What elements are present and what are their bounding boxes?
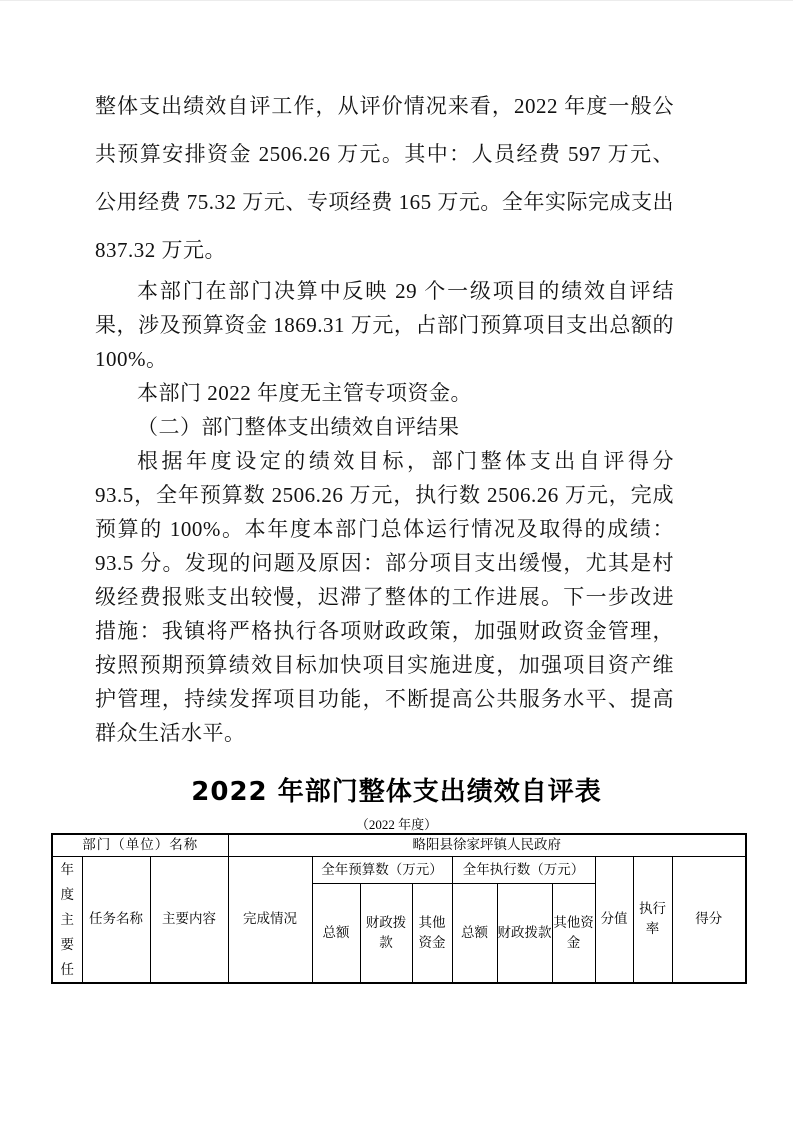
document-page: 整体支出绩效自评工作，从评价情况来看，2022 年度一般公共预算安排资金 250… [0, 0, 793, 1123]
budget-total-header-cell: 总额 [312, 884, 360, 983]
completion-status-header-cell: 完成情况 [228, 856, 312, 983]
department-name-label-cell: 部门（单位）名称 [52, 834, 228, 856]
body-text: 整体支出绩效自评工作，从评价情况来看，2022 年度一般公共预算安排资金 250… [95, 82, 674, 750]
execution-rate-header-cell: 执行率 [633, 856, 672, 983]
execution-fiscal-allocation-header-cell: 财政拨款 [497, 884, 552, 983]
body-paragraph-5: 根据年度设定的绩效目标，部门整体支出自评得分 93.5，全年预算数 2506.2… [95, 444, 674, 750]
execution-total-header-cell: 总额 [452, 884, 497, 983]
body-paragraph-4-section-heading: （二）部门整体支出绩效自评结果 [95, 410, 674, 444]
table-subtitle: （2022 年度） [0, 814, 793, 833]
annual-main-task-header-text: 年度主要任 [59, 857, 75, 982]
budget-other-funds-header-cell: 其他资金 [412, 884, 452, 983]
score-value-header-cell: 分值 [595, 856, 633, 983]
main-content-header-cell: 主要内容 [150, 856, 228, 983]
department-name-value-cell: 略阳县徐家坪镇人民政府 [228, 834, 746, 856]
score-header-cell: 得分 [672, 856, 746, 983]
body-paragraph-2: 本部门在部门决算中反映 29 个一级项目的绩效自评结果，涉及预算资金 1869.… [95, 274, 674, 376]
table-title: 2022 年部门整体支出绩效自评表 [0, 771, 793, 808]
self-evaluation-table: 部门（单位）名称 略阳县徐家坪镇人民政府 年度主要任 任务名称 主要内容 完成情… [51, 833, 747, 984]
annual-main-task-header-cell: 年度主要任 [52, 856, 82, 983]
annual-execution-group-header-cell: 全年执行数（万元） [452, 856, 595, 884]
execution-other-funds-header-cell: 其他资金 [552, 884, 595, 983]
budget-fiscal-allocation-header-cell: 财政拨款 [360, 884, 412, 983]
task-name-header-cell: 任务名称 [82, 856, 150, 983]
annual-budget-group-header-cell: 全年预算数（万元） [312, 856, 452, 884]
body-paragraph-3: 本部门 2022 年度无主管专项资金。 [95, 376, 674, 410]
body-paragraph-1: 整体支出绩效自评工作，从评价情况来看，2022 年度一般公共预算安排资金 250… [95, 82, 674, 274]
